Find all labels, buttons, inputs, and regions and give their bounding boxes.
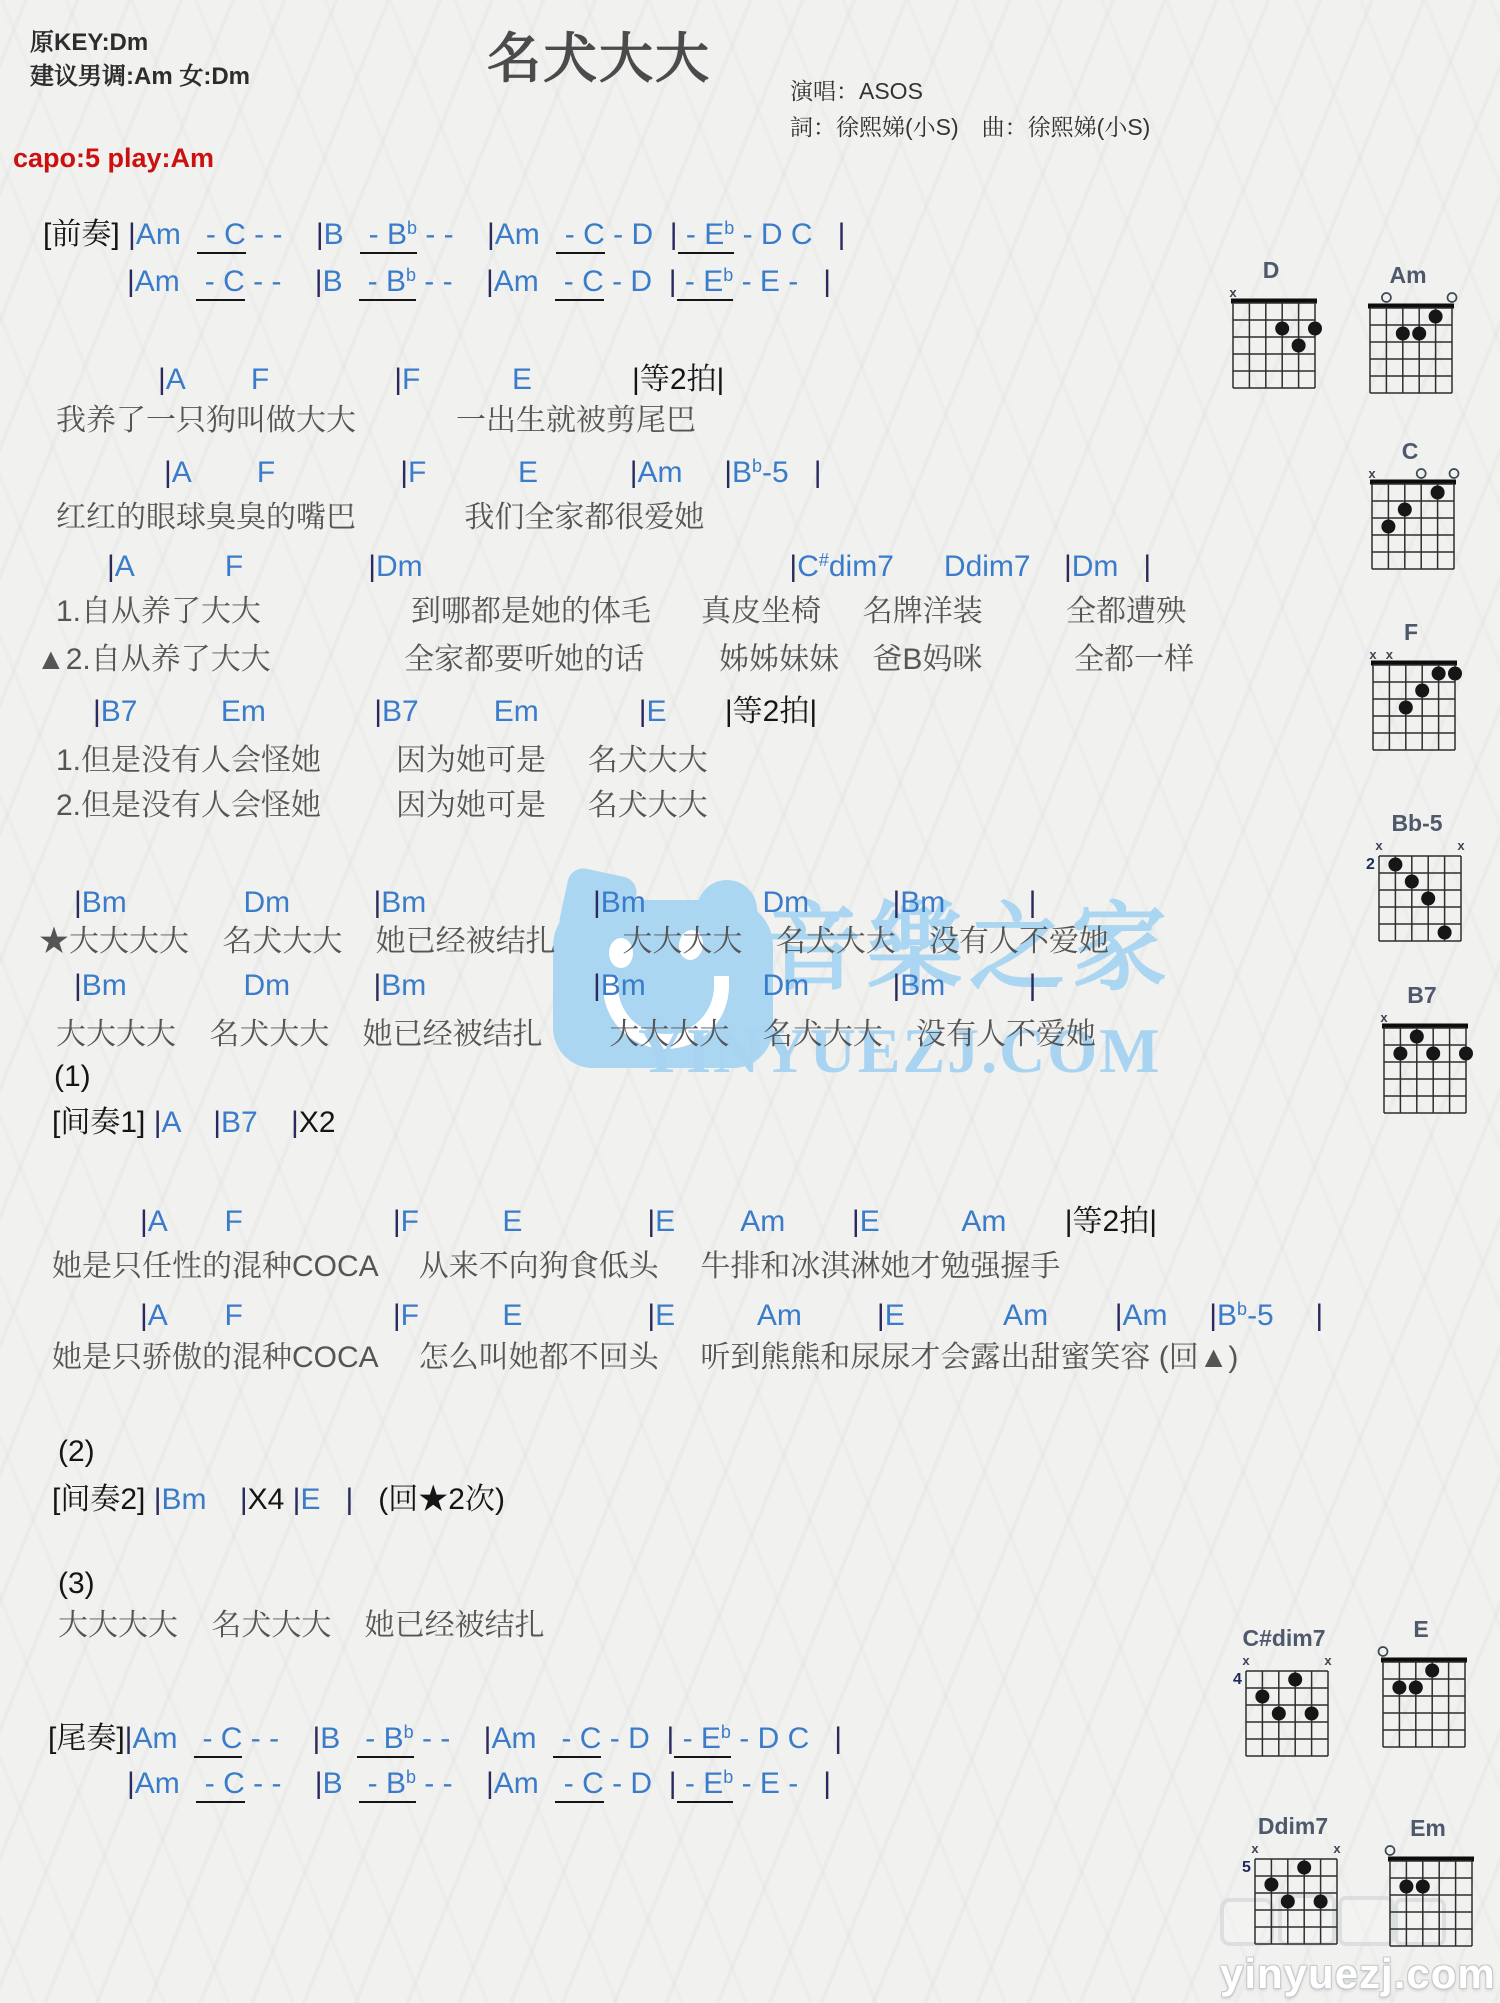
score-segment: (3) xyxy=(58,1567,95,1600)
score-segment: E Am xyxy=(860,1205,1065,1238)
score-segment: - C xyxy=(555,265,603,301)
chord-diagram-B7: B7x xyxy=(1370,983,1474,1125)
score-segment: Bm Dm xyxy=(601,886,893,919)
chord-line: |A F |F E |E Am |E Am |Am |Bb-5 | xyxy=(140,1299,1323,1334)
score-segment: [前奏] xyxy=(43,218,128,251)
score-segment: | xyxy=(852,1205,860,1238)
score-segment: Bm xyxy=(900,969,1028,1002)
score-segment: Dm xyxy=(376,550,789,583)
interlude-line-1: [间奏1] |A |B7 |X2 xyxy=(52,1106,336,1141)
chord-line: |B7 Em |B7 Em |E |等2拍| xyxy=(93,695,817,730)
chord-diagram-E: E xyxy=(1369,1617,1473,1759)
score-segment: | xyxy=(240,1483,248,1516)
score-segment: - D xyxy=(604,1767,669,1800)
score-segment: Bb-5 xyxy=(732,456,814,489)
score-segment: [尾奏] xyxy=(48,1722,125,1755)
fretboard-grid-icon: x xyxy=(1219,285,1323,395)
score-segment: ★大大大大 名犬大大 她已经被结扎 大大大大 名犬大大 没有人不爱她 xyxy=(39,925,1109,958)
svg-text:x: x xyxy=(1333,1841,1341,1856)
score-segment: | xyxy=(154,1483,162,1516)
chord-diagram-label: Bb-5 xyxy=(1365,811,1469,838)
song-title: 名犬大大 xyxy=(487,16,711,93)
score-segment: X2 xyxy=(299,1106,336,1139)
fretboard-grid-icon: xx5 xyxy=(1241,1841,1345,1951)
score-segment: | xyxy=(394,363,402,396)
svg-text:x: x xyxy=(1380,1010,1388,1025)
chorus-chord-line: |Bm Dm |Bm |Bm Dm |Bm | xyxy=(74,886,1036,921)
score-segment: 她是只任性的混种COCA 从来不向狗食低头 牛排和冰淇淋她才勉强握手 xyxy=(52,1250,1060,1283)
svg-text:x: x xyxy=(1386,647,1394,662)
score-segment: (回★2次) xyxy=(353,1483,505,1516)
chord-diagram-label: B7 xyxy=(1370,983,1474,1010)
score-segment: | xyxy=(74,969,82,1002)
score-segment: - D xyxy=(604,265,669,298)
score-segment: Am xyxy=(136,218,198,251)
fretboard-grid-icon: x xyxy=(1358,466,1462,576)
intro-chord-line-2: |Am - C - - |B - Bb - - |Am - C - D | - … xyxy=(127,265,831,300)
score-segment: - Bb xyxy=(360,218,417,254)
score-segment: Bm Dm xyxy=(601,969,893,1002)
lyric-line: 2.但是没有人会怪她 因为她可是 名犬大大 xyxy=(56,789,708,824)
score-segment: Am xyxy=(1123,1299,1210,1332)
svg-text:x: x xyxy=(1251,1841,1259,1856)
svg-text:x: x xyxy=(1242,1653,1250,1668)
score-segment: | xyxy=(1143,550,1151,583)
score-segment: | xyxy=(154,1106,162,1139)
chord-diagram-Ddim7: Ddim7xx5 xyxy=(1241,1814,1345,1956)
chord-line: |A F |F E |E Am |E Am |等2拍| xyxy=(140,1205,1157,1240)
svg-text:x: x xyxy=(1375,838,1383,853)
key-info: 原KEY:Dm建议男调:Am 女:Dm xyxy=(30,26,250,93)
lyric-line: 我养了一只狗叫做大大 一出生就被剪尾巴 xyxy=(56,404,696,439)
lyric-line: ▲2.自从养了大大 全家都要听她的话 姊姊妹妹 爸B妈咪 全都一样 xyxy=(36,643,1194,678)
score-segment: E xyxy=(300,1483,345,1516)
score-segment: Bm xyxy=(381,886,593,919)
fretboard-grid-icon xyxy=(1376,1843,1480,1953)
score-segment: | xyxy=(669,265,677,298)
score-segment: Am xyxy=(494,1767,556,1800)
score-segment: | xyxy=(213,1106,221,1139)
score-segment: - E - xyxy=(733,265,823,298)
score-segment: Bm xyxy=(162,1483,240,1516)
score-segment: - Eb xyxy=(677,1767,734,1803)
score-segment: | xyxy=(107,550,115,583)
chord-diagram-label: Em xyxy=(1376,1816,1480,1843)
chord-diagram-C#dim7: C#dim7xx4 xyxy=(1232,1626,1336,1768)
chord-diagram-Bb-5: Bb-5xx2 xyxy=(1365,811,1469,953)
score-segment: A F xyxy=(172,456,400,489)
score-segment: B7 xyxy=(221,1106,291,1139)
chord-diagram-Am: Am xyxy=(1356,263,1460,405)
score-segment: 我养了一只狗叫做大大 一出生就被剪尾巴 xyxy=(56,404,696,437)
chord-line: |A F |Dm |C#dim7 Ddim7 |Dm | xyxy=(107,550,1151,585)
intro-chord-line-1: [前奏] |Am - C - - |B - Bb - - |Am - C - D… xyxy=(43,218,845,253)
score-segment: E Am xyxy=(655,1299,877,1332)
score-segment: - D xyxy=(605,218,670,251)
score-segment: - D C xyxy=(731,1722,834,1755)
score-segment: - D xyxy=(601,1722,666,1755)
section-marker: (3) xyxy=(58,1567,95,1602)
score-segment: - C xyxy=(553,1722,601,1758)
score-segment: B xyxy=(323,265,360,298)
lyric-line: 大大大大 名犬大大 她已经被结扎 xyxy=(58,1609,545,1644)
score-segment: [间奏2] xyxy=(52,1483,154,1516)
score-segment: [间奏1] xyxy=(52,1106,154,1139)
score-segment: Am xyxy=(135,1767,197,1800)
svg-text:x: x xyxy=(1229,285,1237,300)
fretboard-grid-icon: xx4 xyxy=(1232,1653,1336,1763)
score-segment: | xyxy=(400,456,408,489)
score-segment: - D C xyxy=(734,218,837,251)
score-segment: - - xyxy=(246,218,316,251)
score-segment: - C xyxy=(196,265,244,301)
lyric-line: ★大大大大 名犬大大 她已经被结扎 大大大大 名犬大大 没有人不爱她 xyxy=(39,925,1109,960)
outro-chord-line-1: [尾奏]|Am - C - - |B - Bb - - |Am - C - D … xyxy=(48,1722,842,1757)
chord-diagram-label: D xyxy=(1219,258,1323,285)
score-segment: B xyxy=(323,1767,360,1800)
chord-diagram-label: F xyxy=(1359,620,1463,647)
score-segment: - C xyxy=(197,218,245,254)
lyric-line: 红红的眼球臭臭的嘴巴 我们全家都很爱她 xyxy=(56,501,704,536)
score-segment: | xyxy=(291,1106,299,1139)
score-segment: | xyxy=(834,1722,842,1755)
score-segment: - Bb xyxy=(357,1722,414,1758)
score-segment: - Bb xyxy=(359,265,416,301)
score-segment: 大大大大 名犬大大 她已经被结扎 xyxy=(58,1609,545,1642)
fretboard-grid-icon xyxy=(1356,290,1460,400)
score-segment: | xyxy=(74,886,82,919)
fretboard-grid-icon: xx xyxy=(1359,647,1463,757)
score-segment: (2) xyxy=(58,1435,95,1468)
chord-diagram-Em: Em xyxy=(1376,1816,1480,1958)
lyric-line: 大大大大 名犬大大 她已经被结扎 大大大大 名犬大大 没有人不爱她 xyxy=(56,1018,1096,1053)
score-segment: Bm xyxy=(900,886,1028,919)
score-segment: B xyxy=(324,218,361,251)
svg-text:x: x xyxy=(1457,838,1465,853)
score-segment: | xyxy=(164,456,172,489)
original-key: 原KEY:Dm xyxy=(30,29,148,56)
svg-text:x: x xyxy=(1324,1653,1332,1668)
score-segment: | xyxy=(670,218,678,251)
score-segment: | xyxy=(315,1767,323,1800)
score-segment: | xyxy=(1029,969,1037,1002)
score-segment: Bm Dm xyxy=(82,886,374,919)
chord-diagram-label: Ddim7 xyxy=(1241,1814,1345,1841)
score-segment: | xyxy=(814,456,822,489)
score-segment: | xyxy=(1115,1299,1123,1332)
score-segment: |等2拍| xyxy=(632,363,724,396)
score-segment: B7 Em xyxy=(101,695,374,728)
score-segment: E Am xyxy=(655,1205,852,1238)
score-segment: Bb-5 xyxy=(1217,1299,1315,1332)
fretboard-grid-icon xyxy=(1369,1644,1473,1754)
score-segment: - - xyxy=(414,1722,484,1755)
score-segment: | xyxy=(93,695,101,728)
score-segment: Am xyxy=(132,1722,194,1755)
score-segment: | xyxy=(593,886,601,919)
score-segment: - - xyxy=(417,218,487,251)
score-segment: B xyxy=(320,1722,357,1755)
score-segment: Am xyxy=(495,218,557,251)
score-segment: B7 Em xyxy=(382,695,639,728)
score-segment: - Eb xyxy=(677,265,734,301)
score-segment: | xyxy=(1315,1299,1323,1332)
score-segment: A F xyxy=(148,1299,393,1332)
fretboard-grid-icon: x xyxy=(1370,1010,1474,1120)
section-marker: (1) xyxy=(54,1060,91,1095)
score-segment: - C xyxy=(555,1767,603,1803)
chord-line: |A F |F E |等2拍| xyxy=(158,363,724,398)
score-segment: | xyxy=(639,695,647,728)
score-segment: | xyxy=(823,1767,831,1800)
score-segment: | xyxy=(1029,886,1037,919)
score-segment: 2.但是没有人会怪她 因为她可是 名犬大大 xyxy=(56,789,708,822)
chord-diagram-label: C xyxy=(1358,439,1462,466)
singer: 演唱：ASOS xyxy=(790,78,923,104)
score-segment: 1.但是没有人会怪她 因为她可是 名犬大大 xyxy=(56,744,708,777)
score-segment: 大大大大 名犬大大 她已经被结扎 大大大大 名犬大大 没有人不爱她 xyxy=(56,1018,1096,1051)
score-segment: | xyxy=(647,1299,655,1332)
chord-diagram-D: Dx xyxy=(1219,258,1323,400)
capo-info: capo:5 play:Am xyxy=(13,143,214,174)
chord-diagram-label: Am xyxy=(1356,263,1460,290)
chord-diagram-C: Cx xyxy=(1358,439,1462,581)
score-segment: | xyxy=(128,218,136,251)
score-segment: - - xyxy=(245,265,315,298)
svg-text:5: 5 xyxy=(1242,1859,1251,1876)
chord-diagram-F: Fxx xyxy=(1359,620,1463,762)
score-segment: F E xyxy=(401,1205,648,1238)
fretboard-grid-icon: xx2 xyxy=(1365,838,1469,948)
score-segment: 红红的眼球臭臭的嘴巴 我们全家都很爱她 xyxy=(56,501,704,534)
lyric-line: 1.自从养了大大 到哪都是她的体毛 真皮坐椅 名牌洋装 全都遭殃 xyxy=(56,595,1186,630)
score-segment: |等2拍| xyxy=(1065,1205,1157,1238)
score-segment: Am xyxy=(638,456,725,489)
score-segment: - Bb xyxy=(359,1767,416,1803)
suggested-key: 建议男调:Am 女:Dm xyxy=(30,63,250,90)
section-marker: (2) xyxy=(58,1435,95,1470)
score-segment: A F xyxy=(115,550,368,583)
score-segment: | xyxy=(393,1299,401,1332)
score-segment: | xyxy=(1209,1299,1217,1332)
interlude-line-2: [间奏2] |Bm |X4 |E | (回★2次) xyxy=(52,1483,505,1518)
score-segment: | xyxy=(368,550,376,583)
chord-diagram-label: E xyxy=(1369,1617,1473,1644)
score-segment: - - xyxy=(245,1767,315,1800)
score-segment: | xyxy=(877,1299,885,1332)
song-credits: 演唱：ASOS詞：徐熙娣(小S) 曲：徐熙娣(小S) xyxy=(790,74,1150,145)
score-segment: | xyxy=(823,265,831,298)
score-segment: 她是只骄傲的混种COCA 怎么叫她都不回头 听到熊熊和尿尿才会露出甜蜜笑容 (回… xyxy=(52,1341,1238,1374)
score-segment: ▲2.自从养了大大 全家都要听她的话 姊姊妹妹 爸B妈咪 全都一样 xyxy=(36,643,1194,676)
score-segment: | xyxy=(140,1299,148,1332)
score-segment: - E - xyxy=(733,1767,823,1800)
score-segment: | xyxy=(316,218,324,251)
score-segment: - C xyxy=(194,1722,242,1758)
score-segment: | xyxy=(374,695,382,728)
score-segment: | xyxy=(158,363,166,396)
score-segment: | xyxy=(838,218,846,251)
score-segment: |等2拍| xyxy=(725,695,817,728)
svg-text:x: x xyxy=(1368,466,1376,481)
score-segment: (1) xyxy=(54,1060,91,1093)
chorus-chord-line: |Bm Dm |Bm |Bm Dm |Bm | xyxy=(74,969,1036,1004)
score-segment: C#dim7 Ddim7 xyxy=(797,550,1064,583)
score-segment: Am xyxy=(491,1722,553,1755)
lyricist-composer: 詞：徐熙娣(小S) 曲：徐熙娣(小S) xyxy=(790,114,1150,140)
score-segment: - - xyxy=(242,1722,312,1755)
score-segment: A F xyxy=(148,1205,393,1238)
score-segment: | xyxy=(486,265,494,298)
score-segment: - Eb xyxy=(674,1722,731,1758)
score-segment: - Eb xyxy=(678,218,735,254)
score-segment: E xyxy=(647,695,725,728)
score-segment: F E xyxy=(401,1299,648,1332)
score-segment: 1.自从养了大大 到哪都是她的体毛 真皮坐椅 名牌洋装 全都遭殃 xyxy=(56,595,1186,628)
score-segment: Bm xyxy=(381,969,593,1002)
score-segment: | xyxy=(647,1205,655,1238)
score-segment: - - xyxy=(416,265,486,298)
score-segment: | xyxy=(593,969,601,1002)
score-segment: A xyxy=(162,1106,214,1139)
score-segment: - C xyxy=(196,1767,244,1803)
lyric-line: 她是只骄傲的混种COCA 怎么叫她都不回头 听到熊熊和尿尿才会露出甜蜜笑容 (回… xyxy=(52,1341,1238,1376)
score-segment: | xyxy=(486,1767,494,1800)
score-segment: | xyxy=(140,1205,148,1238)
score-segment: | xyxy=(127,1767,135,1800)
score-segment: - - xyxy=(416,1767,486,1800)
score-segment: | xyxy=(669,1767,677,1800)
score-segment: | xyxy=(1064,550,1072,583)
score-segment: | xyxy=(393,1205,401,1238)
score-segment: | xyxy=(487,218,495,251)
score-segment: X4 xyxy=(248,1483,293,1516)
score-segment: - C xyxy=(556,218,604,254)
score-segment: Am xyxy=(494,265,556,298)
score-segment: Bm Dm xyxy=(82,969,374,1002)
svg-text:x: x xyxy=(1369,647,1377,662)
score-segment: | xyxy=(315,265,323,298)
score-segment: A F xyxy=(166,363,394,396)
chord-diagram-label: C#dim7 xyxy=(1232,1626,1336,1653)
score-segment: Dm xyxy=(1072,550,1144,583)
svg-text:2: 2 xyxy=(1366,856,1375,873)
score-segment: | xyxy=(724,456,732,489)
score-segment: E Am xyxy=(885,1299,1115,1332)
score-segment: Am xyxy=(135,265,197,298)
score-segment: | xyxy=(127,265,135,298)
score-segment: F E xyxy=(402,363,632,396)
score-segment: | xyxy=(630,456,638,489)
svg-text:4: 4 xyxy=(1233,1671,1242,1688)
score-segment: F E xyxy=(408,456,630,489)
chord-line: |A F |F E |Am |Bb-5 | xyxy=(164,456,822,491)
chord-sheet-page: 音樂之家 YINYUEZJ.COM yinyuezj.com 原KEY:Dm建议… xyxy=(0,0,1500,2003)
lyric-line: 1.但是没有人会怪她 因为她可是 名犬大大 xyxy=(56,744,708,779)
outro-chord-line-2: |Am - C - - |B - Bb - - |Am - C - D | - … xyxy=(127,1767,831,1802)
lyric-line: 她是只任性的混种COCA 从来不向狗食低头 牛排和冰淇淋她才勉强握手 xyxy=(52,1250,1060,1285)
